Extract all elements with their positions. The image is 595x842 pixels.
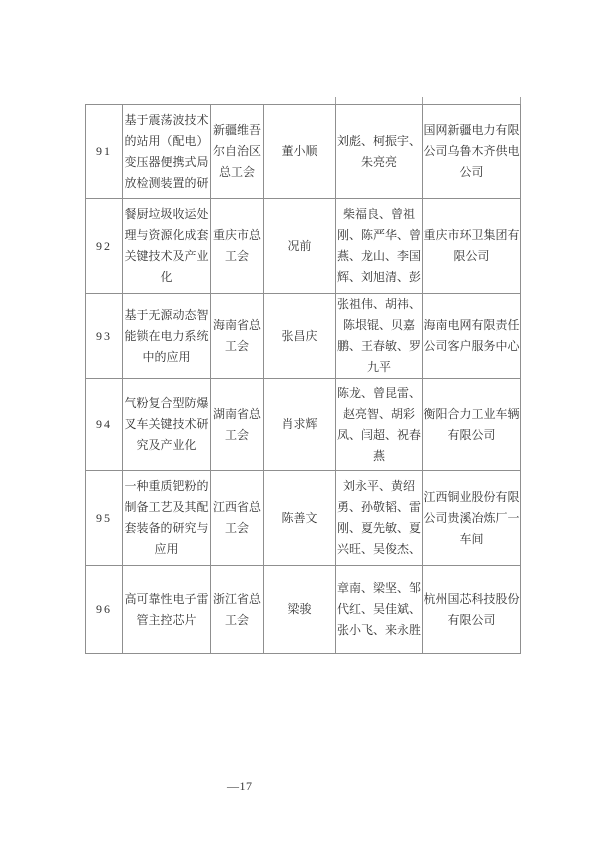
table-row: 96 高可靠性电子雷管主控芯片 浙江省总工会 梁骏 章南、梁坚、邹代红、吴佳斌、…: [86, 566, 521, 654]
cell-recommending-union: 新疆维吾尔自治区总工会: [211, 105, 264, 199]
cell-row-number: 95: [86, 471, 123, 566]
cell-project-title: 高可靠性电子雷管主控芯片: [123, 566, 211, 654]
table-row: 91 基于震荡波技术的站用（配电）变压器便携式局放检测装置的研 新疆维吾尔自治区…: [86, 105, 521, 199]
cell-team-members: 柴福良、曾祖刚、陈严华、曾燕、龙山、李国辉、刘旭清、彭: [336, 199, 423, 294]
cell-project-title: 气粉复合型防爆叉车关键技术研究及产业化: [123, 379, 211, 471]
cell-row-number: 93: [86, 294, 123, 379]
cell-company: 重庆市环卫集团有限公司: [423, 199, 521, 294]
table-border-stub: [520, 97, 521, 104]
cell-company: 衡阳合力工业车辆有限公司: [423, 379, 521, 471]
table-row: 95 一种重质钯粉的制备工艺及其配套装备的研究与应用 江西省总工会 陈善文 刘永…: [86, 471, 521, 566]
cell-project-leader: 梁骏: [264, 566, 336, 654]
cell-company: 杭州国芯科技股份有限公司: [423, 566, 521, 654]
table-border-stub: [422, 97, 423, 104]
award-project-table: 91 基于震荡波技术的站用（配电）变压器便携式局放检测装置的研 新疆维吾尔自治区…: [85, 104, 521, 654]
document-page: 91 基于震荡波技术的站用（配电）变压器便携式局放检测装置的研 新疆维吾尔自治区…: [0, 0, 595, 842]
cell-project-title: 基于无源动态智能锁在电力系统中的应用: [123, 294, 211, 379]
page-number: —17: [227, 779, 253, 794]
cell-team-members: 张祖伟、胡祎、陈垠锟、贝嘉鹏、王春敏、罗九平: [336, 294, 423, 379]
cell-company: 国网新疆电力有限公司乌鲁木齐供电公司: [423, 105, 521, 199]
cell-recommending-union: 重庆市总工会: [211, 199, 264, 294]
cell-row-number: 91: [86, 105, 123, 199]
cell-project-leader: 董小顺: [264, 105, 336, 199]
cell-row-number: 96: [86, 566, 123, 654]
cell-project-title: 一种重质钯粉的制备工艺及其配套装备的研究与应用: [123, 471, 211, 566]
cell-project-leader: 肖求辉: [264, 379, 336, 471]
cell-project-title: 餐厨垃圾收运处理与资源化成套关键技术及产业化: [123, 199, 211, 294]
cell-project-title: 基于震荡波技术的站用（配电）变压器便携式局放检测装置的研: [123, 105, 211, 199]
table-row: 93 基于无源动态智能锁在电力系统中的应用 海南省总工会 张昌庆 张祖伟、胡祎、…: [86, 294, 521, 379]
table-row: 94 气粉复合型防爆叉车关键技术研究及产业化 湖南省总工会 肖求辉 陈龙、曾昆雷…: [86, 379, 521, 471]
table-border-stub: [335, 97, 336, 104]
cell-company: 海南电网有限责任公司客户服务中心: [423, 294, 521, 379]
cell-project-leader: 况前: [264, 199, 336, 294]
table-row: 92 餐厨垃圾收运处理与资源化成套关键技术及产业化 重庆市总工会 况前 柴福良、…: [86, 199, 521, 294]
cell-recommending-union: 海南省总工会: [211, 294, 264, 379]
cell-row-number: 94: [86, 379, 123, 471]
cell-recommending-union: 江西省总工会: [211, 471, 264, 566]
cell-row-number: 92: [86, 199, 123, 294]
cell-team-members: 刘永平、黄绍勇、孙敬韬、雷刚、夏先敏、夏兴旺、吴俊杰、: [336, 471, 423, 566]
cell-project-leader: 陈善文: [264, 471, 336, 566]
cell-recommending-union: 湖南省总工会: [211, 379, 264, 471]
cell-team-members: 章南、梁坚、邹代红、吴佳斌、张小飞、来永胜: [336, 566, 423, 654]
cell-project-leader: 张昌庆: [264, 294, 336, 379]
cell-company: 江西铜业股份有限公司贵溪冶炼厂一车间: [423, 471, 521, 566]
cell-team-members: 刘彪、柯振宇、朱亮亮: [336, 105, 423, 199]
cell-recommending-union: 浙江省总工会: [211, 566, 264, 654]
cell-team-members: 陈龙、曾昆雷、赵亮智、胡彩凤、闫超、祝春燕: [336, 379, 423, 471]
